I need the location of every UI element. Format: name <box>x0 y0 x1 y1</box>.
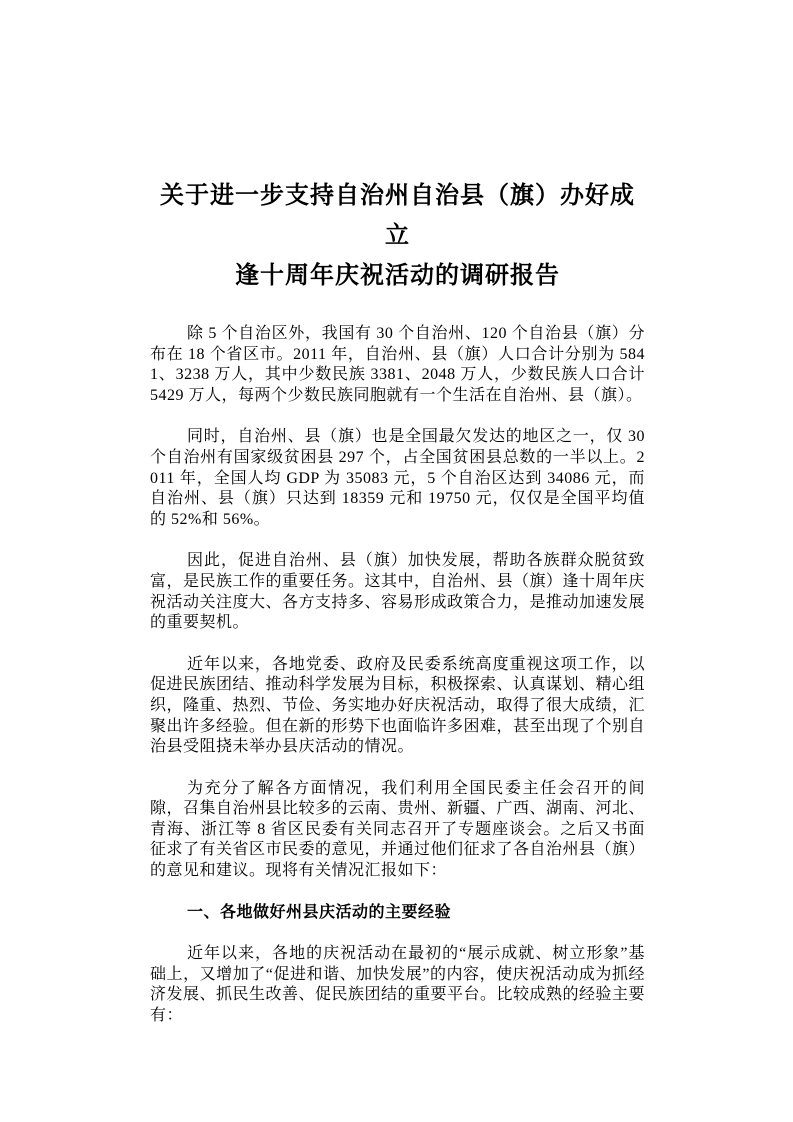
document-title-line-2: 逢十周年庆祝活动的调研报告 <box>150 256 645 296</box>
paragraph-recent-work: 近年以来，各地党委、政府及民委系统高度重视这项工作，以促进民族团结、推动科学发展… <box>150 655 645 758</box>
paragraph-importance-of-development: 因此，促进自治州、县（旗）加快发展，帮助各族群众脱贫致富，是民族工作的重要任务。… <box>150 551 645 633</box>
document-page: 关于进一步支持自治州自治县（旗）办好成立 逢十周年庆祝活动的调研报告 除 5 个… <box>0 0 793 1122</box>
section-heading: 一、各地做好州县庆活动的主要经验 <box>150 903 645 924</box>
document-content: 关于进一步支持自治州自治县（旗）办好成立 逢十周年庆祝活动的调研报告 除 5 个… <box>0 0 793 1027</box>
document-title-line-1: 关于进一步支持自治州自治县（旗）办好成立 <box>150 176 645 256</box>
document-title: 关于进一步支持自治州自治县（旗）办好成立 逢十周年庆祝活动的调研报告 <box>150 176 645 296</box>
paragraph-research-method: 为充分了解各方面情况，我们利用全国民委主任会召开的间隙，召集自治州县比较多的云南… <box>150 779 645 882</box>
paragraph-underdeveloped-regions: 同时，自治州、县（旗）也是全国最欠发达的地区之一，仅 30 个自治州有国家级贫困… <box>150 427 645 530</box>
paragraph-celebration-experience: 近年以来，各地的庆祝活动在最初的“展示成就、树立形象”基础上，又增加了“促进和谐… <box>150 944 645 1026</box>
paragraph-intro-statistics: 除 5 个自治区外，我国有 30 个自治州、120 个自治县（旗）分布在 18 … <box>150 324 645 406</box>
document-body: 除 5 个自治区外，我国有 30 个自治州、120 个自治县（旗）分布在 18 … <box>150 324 645 1027</box>
